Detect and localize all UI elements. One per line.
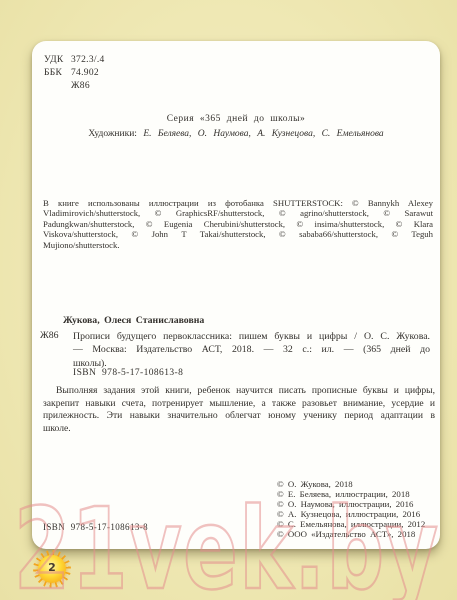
copyright-item: © С. Емельянова, иллюстрации, 2012	[277, 519, 425, 529]
series-title: Серия «365 дней до школы»	[32, 114, 440, 124]
isbn-footer: ISBN 978-5-17-108613-8	[43, 522, 148, 532]
photo-credits-paragraph: В книге использованы иллюстрации из фото…	[43, 198, 433, 250]
bbk-label: ББК	[44, 67, 71, 80]
udk-row: УДК 372.3/.4	[44, 54, 105, 67]
page-scan-card: УДК 372.3/.4 ББК 74.902 Ж86 Серия «365 д…	[32, 41, 440, 549]
copyright-item: © А. Кузнецова, иллюстрации, 2016	[277, 509, 425, 519]
bbk-value: 74.902	[71, 67, 99, 80]
copyright-item: © ООО «Издательство АСТ», 2018	[277, 529, 425, 539]
page-number: 2	[33, 550, 71, 588]
bbk-row: ББК 74.902	[44, 67, 105, 80]
copyright-item: © Е. Беляева, иллюстрации, 2018	[277, 489, 425, 499]
page-number-sun: 2	[33, 550, 71, 588]
copyright-item: © О. Жукова, 2018	[277, 479, 425, 489]
copyright-list: © О. Жукова, 2018 © Е. Беляева, иллюстра…	[277, 479, 425, 539]
annotation-paragraph: Выполняя задания этой книги, ребенок нау…	[43, 385, 435, 435]
author-code-row: Ж86	[44, 80, 105, 93]
artists-line: Художники: Е. Беляева, О. Наумова, А. Ку…	[32, 129, 440, 139]
artists-names: Е. Беляева, О. Наумова, А. Кузнецова, С.…	[143, 129, 383, 139]
author-heading: Жукова, Олеся Станиславовна	[63, 315, 204, 326]
catalog-entry: Прописи будущего первоклассника: пишем б…	[73, 330, 430, 370]
udk-value: 372.3/.4	[71, 54, 105, 67]
udk-label: УДК	[44, 54, 71, 67]
book-imprint-page: УДК 372.3/.4 ББК 74.902 Ж86 Серия «365 д…	[0, 0, 457, 600]
author-code: Ж86	[71, 80, 90, 93]
isbn-line: ISBN 978-5-17-108613-8	[73, 368, 183, 378]
artists-label: Художники:	[88, 129, 137, 139]
classification-block: УДК 372.3/.4 ББК 74.902 Ж86	[44, 54, 105, 93]
catalog-code: Ж86	[40, 330, 59, 341]
copyright-item: © О. Наумова, иллюстрации, 2016	[277, 499, 425, 509]
